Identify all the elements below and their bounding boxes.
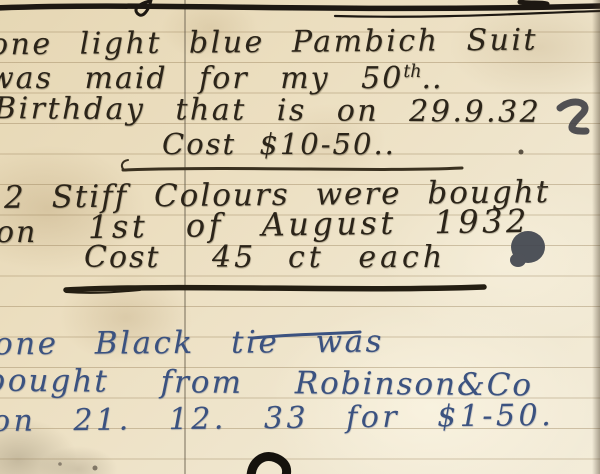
entry-tie-line1: one Black tie was <box>0 327 384 361</box>
entry-tie-line2: bought from Robinson&Co <box>0 366 533 402</box>
entry-collars-line2-on: on <box>0 218 37 248</box>
notebook-page-photo: one light blue Pambich Suit was maid for… <box>0 0 600 474</box>
entry-collars-cost-amount: 45 <box>212 243 256 273</box>
entry-collars-line2-date: 1st of August 1932 <box>88 205 530 243</box>
entry-suit-cost-line: Cost $10-50.. <box>162 130 396 159</box>
entry-suit-line1: one light blue Pambich Suit <box>0 26 538 61</box>
entry-collars-cost-unit: ct each <box>288 243 446 273</box>
entry-collars-cost-label: Cost <box>84 243 160 273</box>
page-right-edge-shadow <box>592 0 600 474</box>
entry-suit-line3: Birthday that is on 29.9.32 <box>0 94 541 128</box>
entry-tie-line3: on 21. 12. 33 for $1-50. <box>0 401 554 437</box>
entry-suit-line2: was maid for my 50th.. <box>0 64 443 94</box>
superscript-th: th <box>403 62 421 82</box>
